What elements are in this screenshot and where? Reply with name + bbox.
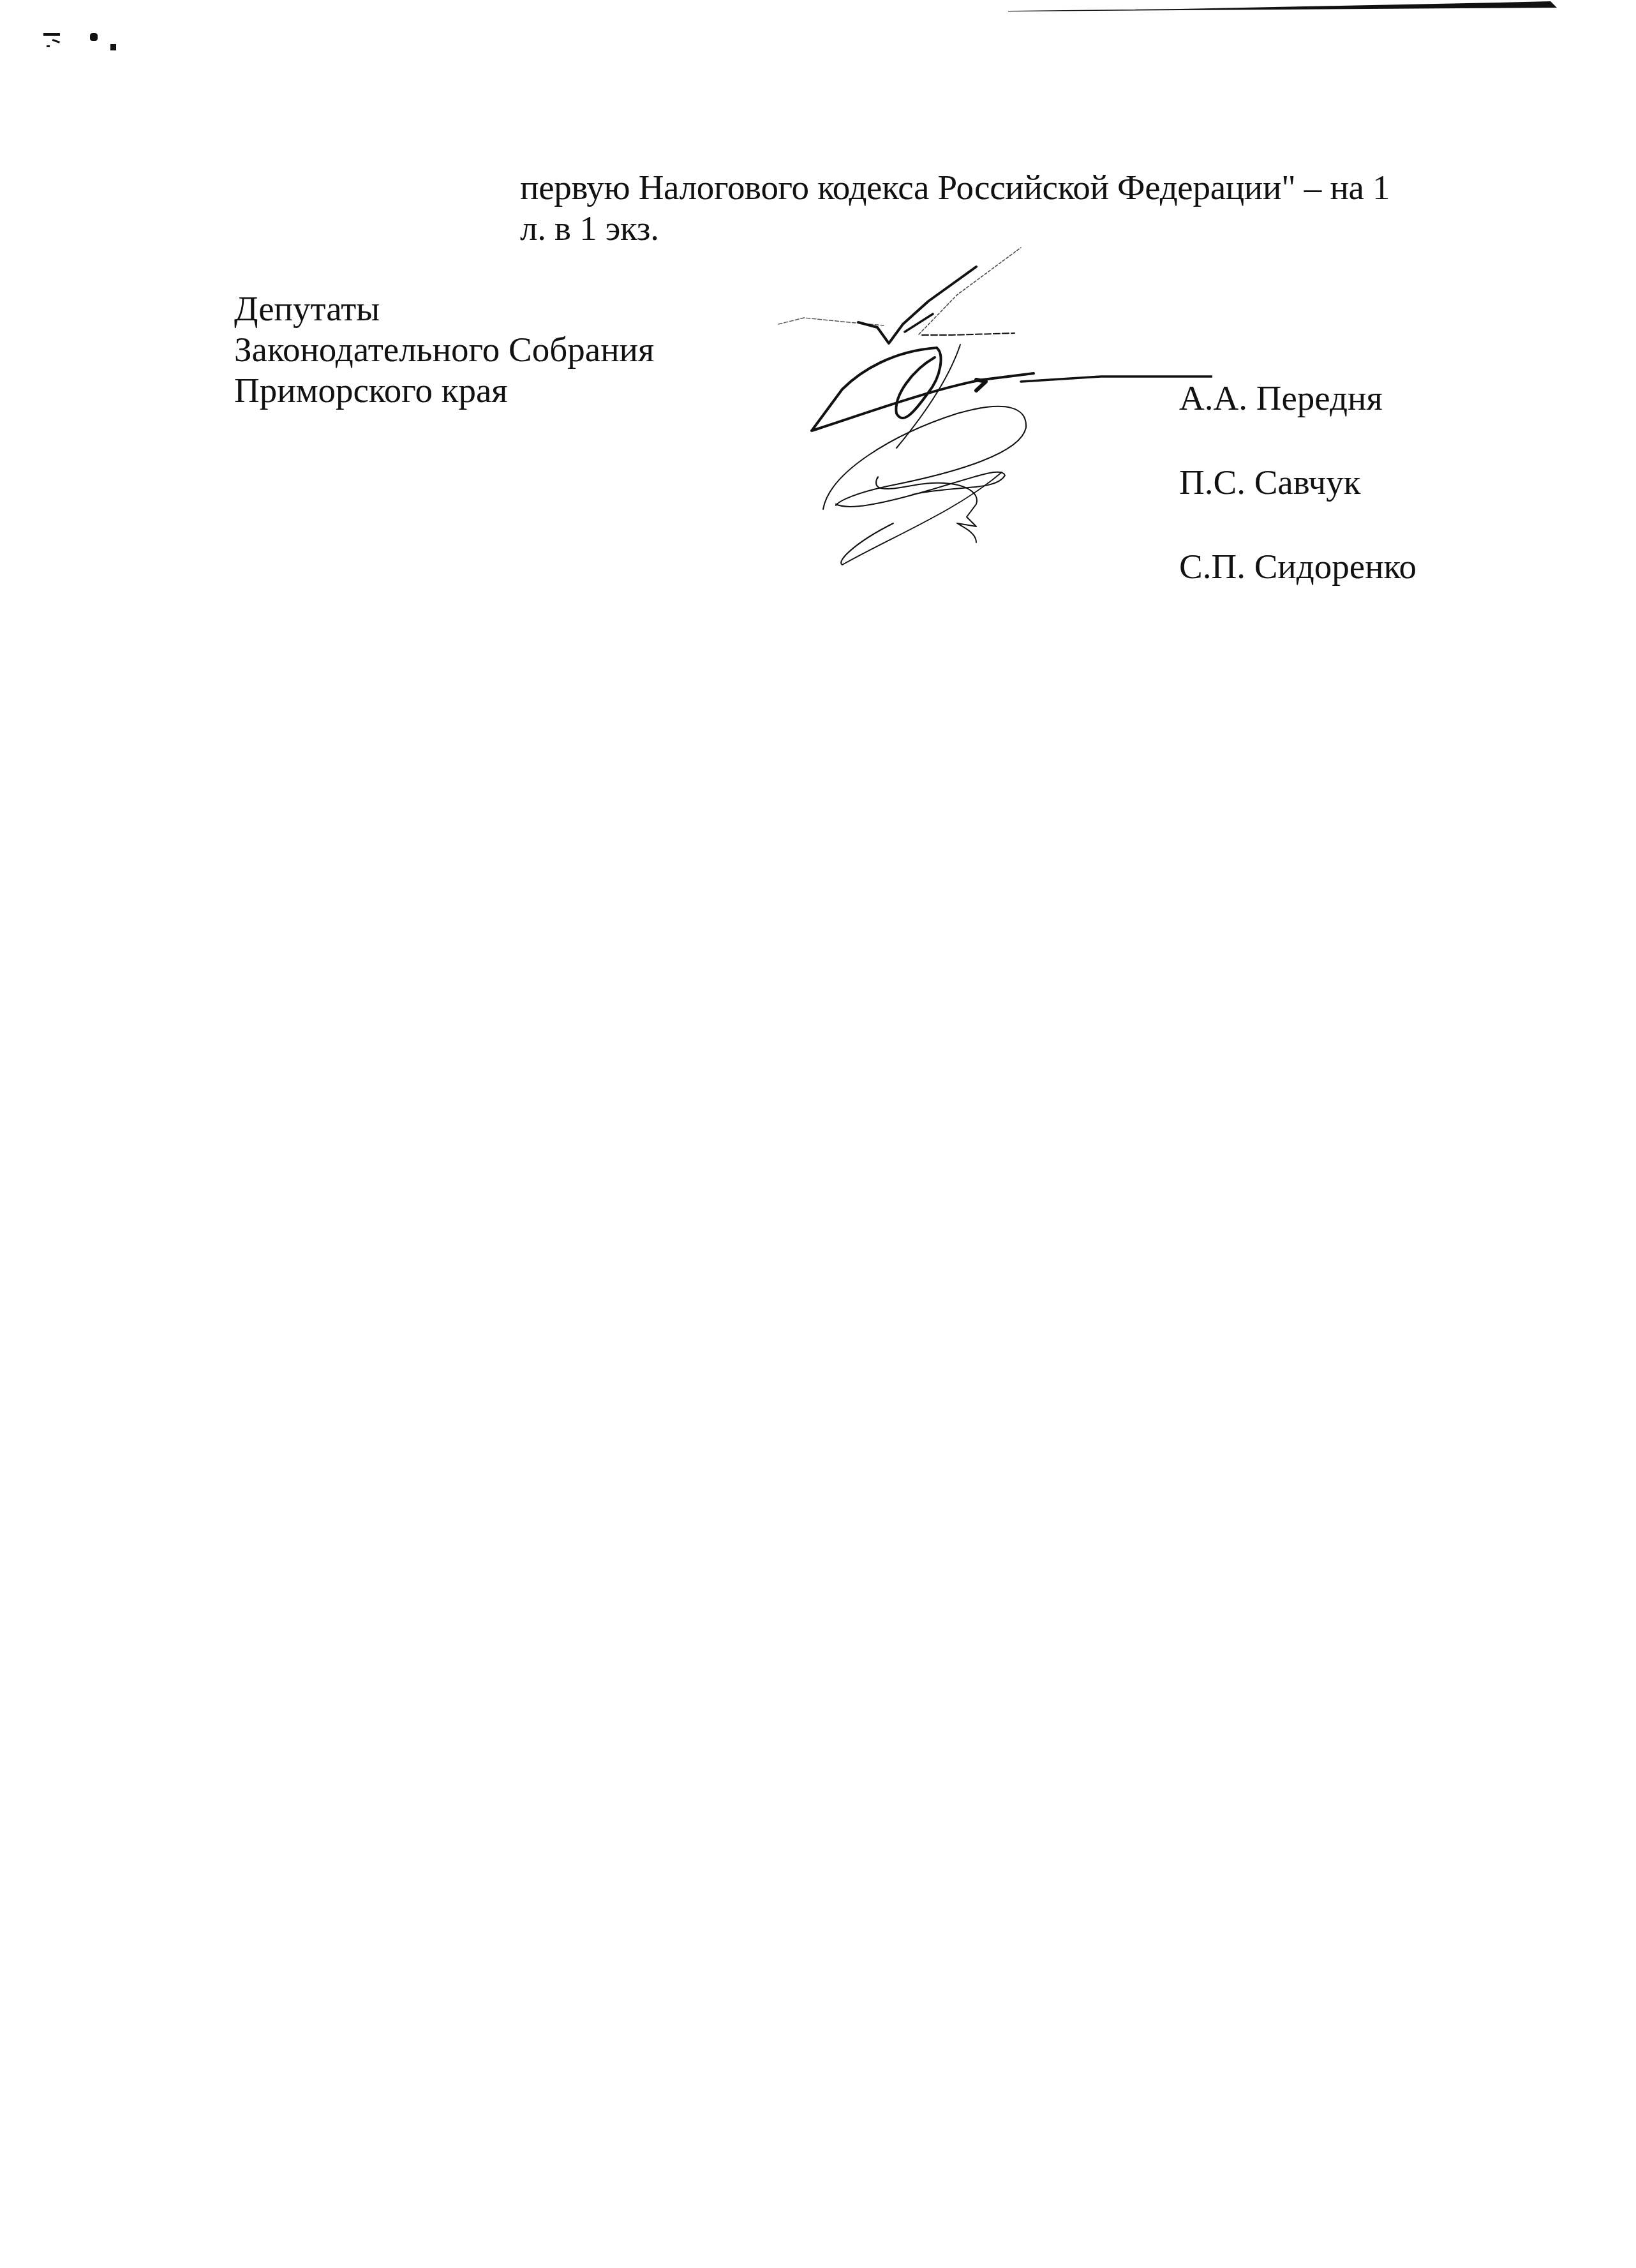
continuation-paragraph: первую Налогового кодекса Российской Фед…: [520, 167, 1490, 249]
signatories-title-line: Законодательного Собрания: [234, 329, 654, 370]
paragraph-line: л. в 1 экз.: [520, 208, 1490, 249]
signature-1: [778, 248, 1021, 343]
signatories-title-line: Приморского края: [234, 370, 654, 411]
scan-artifacts: [0, 0, 1636, 77]
signatories-title: Депутаты Законодательного Собрания Примо…: [234, 288, 654, 411]
signature-2: [812, 345, 1212, 448]
paragraph-line: первую Налогового кодекса Российской Фед…: [520, 167, 1490, 208]
signatory-name: П.С. Савчук: [1179, 462, 1417, 503]
signatories-title-line: Депутаты: [234, 288, 654, 329]
document-page: первую Налогового кодекса Российской Фед…: [0, 0, 1636, 2268]
signatory-names: А.А. Передня П.С. Савчук С.П. Сидоренко: [1179, 378, 1417, 630]
signature-3: [823, 407, 1026, 565]
signatory-name: А.А. Передня: [1179, 378, 1417, 419]
handwritten-signatures: [766, 242, 1212, 766]
signatory-name: С.П. Сидоренко: [1179, 546, 1417, 587]
